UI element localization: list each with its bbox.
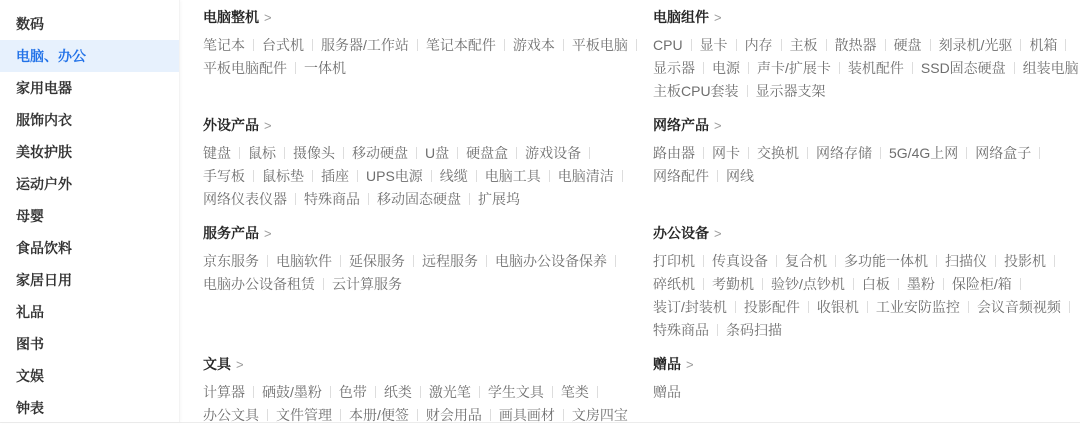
category-section: 赠品>赠品 <box>653 355 1072 424</box>
category-link[interactable]: 装订/封装机 <box>653 299 727 315</box>
category-link[interactable]: 主板CPU套装 <box>653 83 739 99</box>
category-link[interactable]: 网卡 <box>712 145 740 161</box>
separator <box>826 39 827 51</box>
separator <box>898 278 899 290</box>
separator <box>589 147 590 159</box>
category-link[interactable]: 文房四宝 <box>572 407 628 423</box>
category-link[interactable]: 京东服务 <box>203 253 259 269</box>
separator <box>1069 301 1070 313</box>
category-link[interactable]: 画具画材 <box>499 407 555 423</box>
category-link[interactable]: 游戏本 <box>513 37 555 53</box>
category-section: 电脑整机>笔记本台式机服务器/工作站笔记本配件游戏本平板电脑平板电脑配件一体机 <box>203 8 653 103</box>
separator <box>835 255 836 267</box>
separator <box>375 386 376 398</box>
section-title-link[interactable]: 电脑整机> <box>203 8 272 27</box>
category-link[interactable]: 复合机 <box>785 253 827 269</box>
category-section: 办公设备>打印机传真设备复合机多功能一体机扫描仪投影机碎纸机考勤机验钞/点钞机白… <box>653 224 1072 342</box>
separator <box>636 39 637 51</box>
category-link[interactable]: CPU <box>653 37 683 53</box>
separator <box>417 39 418 51</box>
category-link[interactable]: 手写板 <box>203 168 245 184</box>
category-link[interactable]: 一体机 <box>304 60 346 76</box>
category-link[interactable]: 文件管理 <box>276 407 332 423</box>
category-link[interactable]: 摄像头 <box>293 145 335 161</box>
separator <box>853 278 854 290</box>
category-link[interactable]: 云计算服务 <box>332 276 402 292</box>
category-section: 服务产品>京东服务电脑软件延保服务远程服务电脑办公设备保养电脑办公设备租赁云计算… <box>203 224 653 342</box>
separator <box>312 39 313 51</box>
separator <box>416 147 417 159</box>
category-link[interactable]: 电脑办公设备租赁 <box>203 276 315 292</box>
separator <box>1039 147 1040 159</box>
category-link[interactable]: 电脑清洁 <box>558 168 614 184</box>
section-title-text: 电脑整机 <box>203 9 259 25</box>
category-section: 网络产品>路由器网卡交换机网络存储5G/4G上网网络盒子网络配件网线 <box>653 116 1072 211</box>
category-link[interactable]: 条码扫描 <box>726 322 782 338</box>
category-link-row: 特殊商品条码扫描 <box>653 319 1072 342</box>
separator <box>490 409 491 421</box>
category-link-row: 网络仪表仪器特殊商品移动固态硬盘扩展坞 <box>203 188 653 211</box>
separator <box>703 147 704 159</box>
category-link[interactable]: 远程服务 <box>422 253 478 269</box>
separator <box>563 409 564 421</box>
separator <box>747 85 748 97</box>
separator <box>504 39 505 51</box>
chevron-right-icon: > <box>714 10 722 25</box>
category-link[interactable]: 声卡/扩展卡 <box>757 60 831 76</box>
category-link[interactable]: 色带 <box>339 384 367 400</box>
category-link[interactable]: 打印机 <box>653 253 695 269</box>
separator <box>995 255 996 267</box>
category-link[interactable]: 机箱 <box>1029 37 1057 53</box>
separator <box>357 170 358 182</box>
sidebar-item-5[interactable]: 运动户外 <box>0 168 179 200</box>
category-link[interactable]: 插座 <box>321 168 349 184</box>
section-title-text: 服务产品 <box>203 225 259 241</box>
separator <box>479 386 480 398</box>
category-link[interactable]: 墨粉 <box>907 276 935 292</box>
separator <box>930 39 931 51</box>
separator <box>340 255 341 267</box>
separator <box>943 278 944 290</box>
separator <box>1020 39 1021 51</box>
category-link[interactable]: 收银机 <box>817 299 859 315</box>
sidebar-item-8[interactable]: 家居日用 <box>0 264 179 296</box>
category-link-row: 碎纸机考勤机验钞/点钞机白板墨粉保险柜/箱 <box>653 273 1072 296</box>
separator <box>597 386 598 398</box>
category-link[interactable]: 组装电脑 <box>1023 60 1079 76</box>
category-link[interactable]: 投影机 <box>1004 253 1046 269</box>
category-link[interactable]: 移动硬盘 <box>352 145 408 161</box>
section-title-link[interactable]: 赠品> <box>653 355 694 374</box>
category-link[interactable]: 内存 <box>745 37 773 53</box>
category-link[interactable]: 扫描仪 <box>945 253 987 269</box>
separator <box>563 39 564 51</box>
category-link[interactable]: 5G/4G上网 <box>889 145 958 161</box>
category-link[interactable]: 验钞/点钞机 <box>771 276 845 292</box>
separator <box>703 255 704 267</box>
separator <box>417 409 418 421</box>
category-link[interactable]: 笔记本 <box>203 37 245 53</box>
separator <box>622 170 623 182</box>
category-link[interactable]: 保险柜/箱 <box>952 276 1012 292</box>
separator <box>253 170 254 182</box>
separator <box>267 255 268 267</box>
chevron-right-icon: > <box>264 10 272 25</box>
category-link[interactable]: 会议音频视频 <box>977 299 1061 315</box>
section-title-link[interactable]: 服务产品> <box>203 224 272 243</box>
chevron-right-icon: > <box>264 226 272 241</box>
separator <box>267 409 268 421</box>
category-link[interactable]: 电源 <box>712 60 740 76</box>
sidebar-item-2[interactable]: 家用电器 <box>0 72 179 104</box>
category-link[interactable]: 硬盘 <box>894 37 922 53</box>
separator <box>691 39 692 51</box>
separator <box>343 147 344 159</box>
category-link[interactable]: 特殊商品 <box>653 322 709 338</box>
category-link-row: 赠品 <box>653 381 1072 404</box>
category-link[interactable]: 特殊商品 <box>304 191 360 207</box>
category-link[interactable]: 延保服务 <box>349 253 405 269</box>
category-link-row: 京东服务电脑软件延保服务远程服务电脑办公设备保养 <box>203 250 653 273</box>
category-link-row: 手写板鼠标垫插座UPS电源线缆电脑工具电脑清洁 <box>203 165 653 188</box>
separator <box>867 301 868 313</box>
category-section: 外设产品>键盘鼠标摄像头移动硬盘U盘硬盘盒游戏设备手写板鼠标垫插座UPS电源线缆… <box>203 116 653 211</box>
category-link[interactable]: 平板电脑 <box>572 37 628 53</box>
category-link[interactable]: 装机配件 <box>848 60 904 76</box>
sidebar-item-1[interactable]: 电脑、办公 <box>0 40 179 72</box>
separator <box>476 170 477 182</box>
section-title-link[interactable]: 外设产品> <box>203 116 272 135</box>
separator <box>1020 278 1021 290</box>
category-link[interactable]: 路由器 <box>653 145 695 161</box>
separator <box>516 147 517 159</box>
separator <box>968 301 969 313</box>
category-link[interactable]: 电脑软件 <box>276 253 332 269</box>
separator <box>295 62 296 74</box>
separator <box>776 255 777 267</box>
category-link[interactable]: 鼠标垫 <box>262 168 304 184</box>
category-link[interactable]: 移动固态硬盘 <box>377 191 461 207</box>
category-link-row: 笔记本台式机服务器/工作站笔记本配件游戏本平板电脑 <box>203 34 653 57</box>
category-content: 电脑整机>笔记本台式机服务器/工作站笔记本配件游戏本平板电脑平板电脑配件一体机电… <box>180 0 1080 422</box>
category-link[interactable]: 网线 <box>726 168 754 184</box>
category-link[interactable]: 服务器/工作站 <box>321 37 409 53</box>
category-link[interactable]: 网络配件 <box>653 168 709 184</box>
category-link[interactable]: 台式机 <box>262 37 304 53</box>
separator <box>1065 39 1066 51</box>
section-title-text: 办公设备 <box>653 225 709 241</box>
separator <box>885 39 886 51</box>
separator <box>736 39 737 51</box>
category-link[interactable]: 投影配件 <box>744 299 800 315</box>
separator <box>936 255 937 267</box>
category-link[interactable]: UPS电源 <box>366 168 423 184</box>
separator <box>549 170 550 182</box>
separator <box>807 147 808 159</box>
category-link[interactable]: 激光笔 <box>429 384 471 400</box>
separator <box>239 147 240 159</box>
category-link[interactable]: 笔记本配件 <box>426 37 496 53</box>
category-link-row: 路由器网卡交换机网络存储5G/4G上网网络盒子 <box>653 142 1072 165</box>
separator <box>295 193 296 205</box>
category-link[interactable]: 游戏设备 <box>525 145 581 161</box>
section-title-link[interactable]: 文具> <box>203 355 244 374</box>
category-link[interactable]: 电脑工具 <box>485 168 541 184</box>
separator <box>469 193 470 205</box>
sidebar-item-7[interactable]: 食品饮料 <box>0 232 179 264</box>
category-link[interactable]: 鼠标 <box>248 145 276 161</box>
category-link[interactable]: 线缆 <box>440 168 468 184</box>
category-link[interactable]: 键盘 <box>203 145 231 161</box>
separator <box>717 170 718 182</box>
separator <box>735 301 736 313</box>
category-link[interactable]: 考勤机 <box>712 276 754 292</box>
separator <box>312 170 313 182</box>
separator <box>330 386 331 398</box>
category-link[interactable]: 网络盒子 <box>975 145 1031 161</box>
sidebar-item-9[interactable]: 礼品 <box>0 296 179 328</box>
separator <box>912 62 913 74</box>
category-link[interactable]: 碎纸机 <box>653 276 695 292</box>
section-title-text: 文具 <box>203 356 231 372</box>
category-link[interactable]: 本册/便签 <box>349 407 409 423</box>
chevron-right-icon: > <box>236 357 244 372</box>
chevron-right-icon: > <box>714 226 722 241</box>
section-title-link[interactable]: 电脑组件> <box>653 8 722 27</box>
sidebar-item-10[interactable]: 图书 <box>0 328 179 360</box>
category-link[interactable]: U盘 <box>425 145 449 161</box>
category-link[interactable]: 扩展坞 <box>478 191 520 207</box>
category-link-row: 主板CPU套装显示器支架 <box>653 80 1072 103</box>
separator <box>748 62 749 74</box>
category-link-row: 计算器硒鼓/墨粉色带纸类激光笔学生文具笔类 <box>203 381 653 404</box>
separator <box>420 386 421 398</box>
chevron-right-icon: > <box>264 118 272 133</box>
section-title-text: 外设产品 <box>203 117 259 133</box>
separator <box>808 301 809 313</box>
category-link[interactable]: 电脑办公设备保养 <box>495 253 607 269</box>
separator <box>703 278 704 290</box>
category-link[interactable]: 散热器 <box>835 37 877 53</box>
category-link[interactable]: 显卡 <box>700 37 728 53</box>
sidebar-item-11[interactable]: 文娱 <box>0 360 179 392</box>
section-title-text: 电脑组件 <box>653 9 709 25</box>
separator <box>1014 62 1015 74</box>
separator <box>703 62 704 74</box>
separator <box>762 278 763 290</box>
category-link[interactable]: 硬盘盒 <box>466 145 508 161</box>
category-link[interactable]: 显示器 <box>653 60 695 76</box>
separator <box>368 193 369 205</box>
sidebar-item-0[interactable]: 数码 <box>0 8 179 40</box>
separator <box>457 147 458 159</box>
category-link-row: 显示器电源声卡/扩展卡装机配件SSD固态硬盘组装电脑 <box>653 57 1072 80</box>
separator <box>615 255 616 267</box>
section-title-text: 赠品 <box>653 356 681 372</box>
category-link[interactable]: SSD固态硬盘 <box>921 60 1006 76</box>
category-link[interactable]: 学生文具 <box>488 384 544 400</box>
sidebar-item-3[interactable]: 服饰内衣 <box>0 104 179 136</box>
separator <box>966 147 967 159</box>
separator <box>781 39 782 51</box>
category-link-row: 打印机传真设备复合机多功能一体机扫描仪投影机 <box>653 250 1072 273</box>
section-title-link[interactable]: 办公设备> <box>653 224 722 243</box>
category-link-row: 办公文具文件管理本册/便签财会用品画具画材文房四宝 <box>203 404 653 424</box>
category-link[interactable]: 纸类 <box>384 384 412 400</box>
sidebar-item-4[interactable]: 美妆护肤 <box>0 136 179 168</box>
section-title-link[interactable]: 网络产品> <box>653 116 722 135</box>
separator <box>253 39 254 51</box>
category-link[interactable]: 网络存储 <box>816 145 872 161</box>
category-link-row: 电脑办公设备租赁云计算服务 <box>203 273 653 296</box>
separator <box>552 386 553 398</box>
category-link[interactable]: 赠品 <box>653 384 681 400</box>
separator <box>880 147 881 159</box>
category-mega-menu: 数码电脑、办公家用电器服饰内衣美妆护肤运动户外母婴食品饮料家居日用礼品图书文娱钟… <box>0 0 1080 423</box>
sidebar: 数码电脑、办公家用电器服饰内衣美妆护肤运动户外母婴食品饮料家居日用礼品图书文娱钟… <box>0 0 180 422</box>
separator <box>839 62 840 74</box>
category-link-row: 键盘鼠标摄像头移动硬盘U盘硬盘盒游戏设备 <box>203 142 653 165</box>
section-title-text: 网络产品 <box>653 117 709 133</box>
sidebar-item-6[interactable]: 母婴 <box>0 200 179 232</box>
category-link[interactable]: 计算器 <box>203 384 245 400</box>
separator <box>1054 255 1055 267</box>
category-section: 文具>计算器硒鼓/墨粉色带纸类激光笔学生文具笔类办公文具文件管理本册/便签财会用… <box>203 355 653 424</box>
category-link[interactable]: 工业安防监控 <box>876 299 960 315</box>
category-link[interactable]: 办公文具 <box>203 407 259 423</box>
separator <box>717 324 718 336</box>
category-link[interactable]: 主板 <box>790 37 818 53</box>
category-link[interactable]: 显示器支架 <box>756 83 826 99</box>
chevron-right-icon: > <box>686 357 694 372</box>
category-link-row: CPU显卡内存主板散热器硬盘刻录机/光驱机箱 <box>653 34 1072 57</box>
category-link[interactable]: 白板 <box>862 276 890 292</box>
category-link[interactable]: 平板电脑配件 <box>203 60 287 76</box>
separator <box>284 147 285 159</box>
category-link[interactable]: 财会用品 <box>426 407 482 423</box>
category-link[interactable]: 笔类 <box>561 384 589 400</box>
category-link-row: 网络配件网线 <box>653 165 1072 188</box>
separator <box>340 409 341 421</box>
separator <box>748 147 749 159</box>
separator <box>323 278 324 290</box>
separator <box>486 255 487 267</box>
category-link[interactable]: 传真设备 <box>712 253 768 269</box>
separator <box>253 386 254 398</box>
category-link[interactable]: 刻录机/光驱 <box>939 37 1013 53</box>
separator <box>413 255 414 267</box>
sidebar-item-12[interactable]: 钟表 <box>0 392 179 424</box>
separator <box>431 170 432 182</box>
category-link-row: 平板电脑配件一体机 <box>203 57 653 80</box>
category-link[interactable]: 交换机 <box>757 145 799 161</box>
category-link[interactable]: 硒鼓/墨粉 <box>262 384 322 400</box>
category-link-row: 装订/封装机投影配件收银机工业安防监控会议音频视频 <box>653 296 1072 319</box>
chevron-right-icon: > <box>714 118 722 133</box>
category-link[interactable]: 多功能一体机 <box>844 253 928 269</box>
category-section: 电脑组件>CPU显卡内存主板散热器硬盘刻录机/光驱机箱显示器电源声卡/扩展卡装机… <box>653 8 1072 103</box>
category-link[interactable]: 网络仪表仪器 <box>203 191 287 207</box>
